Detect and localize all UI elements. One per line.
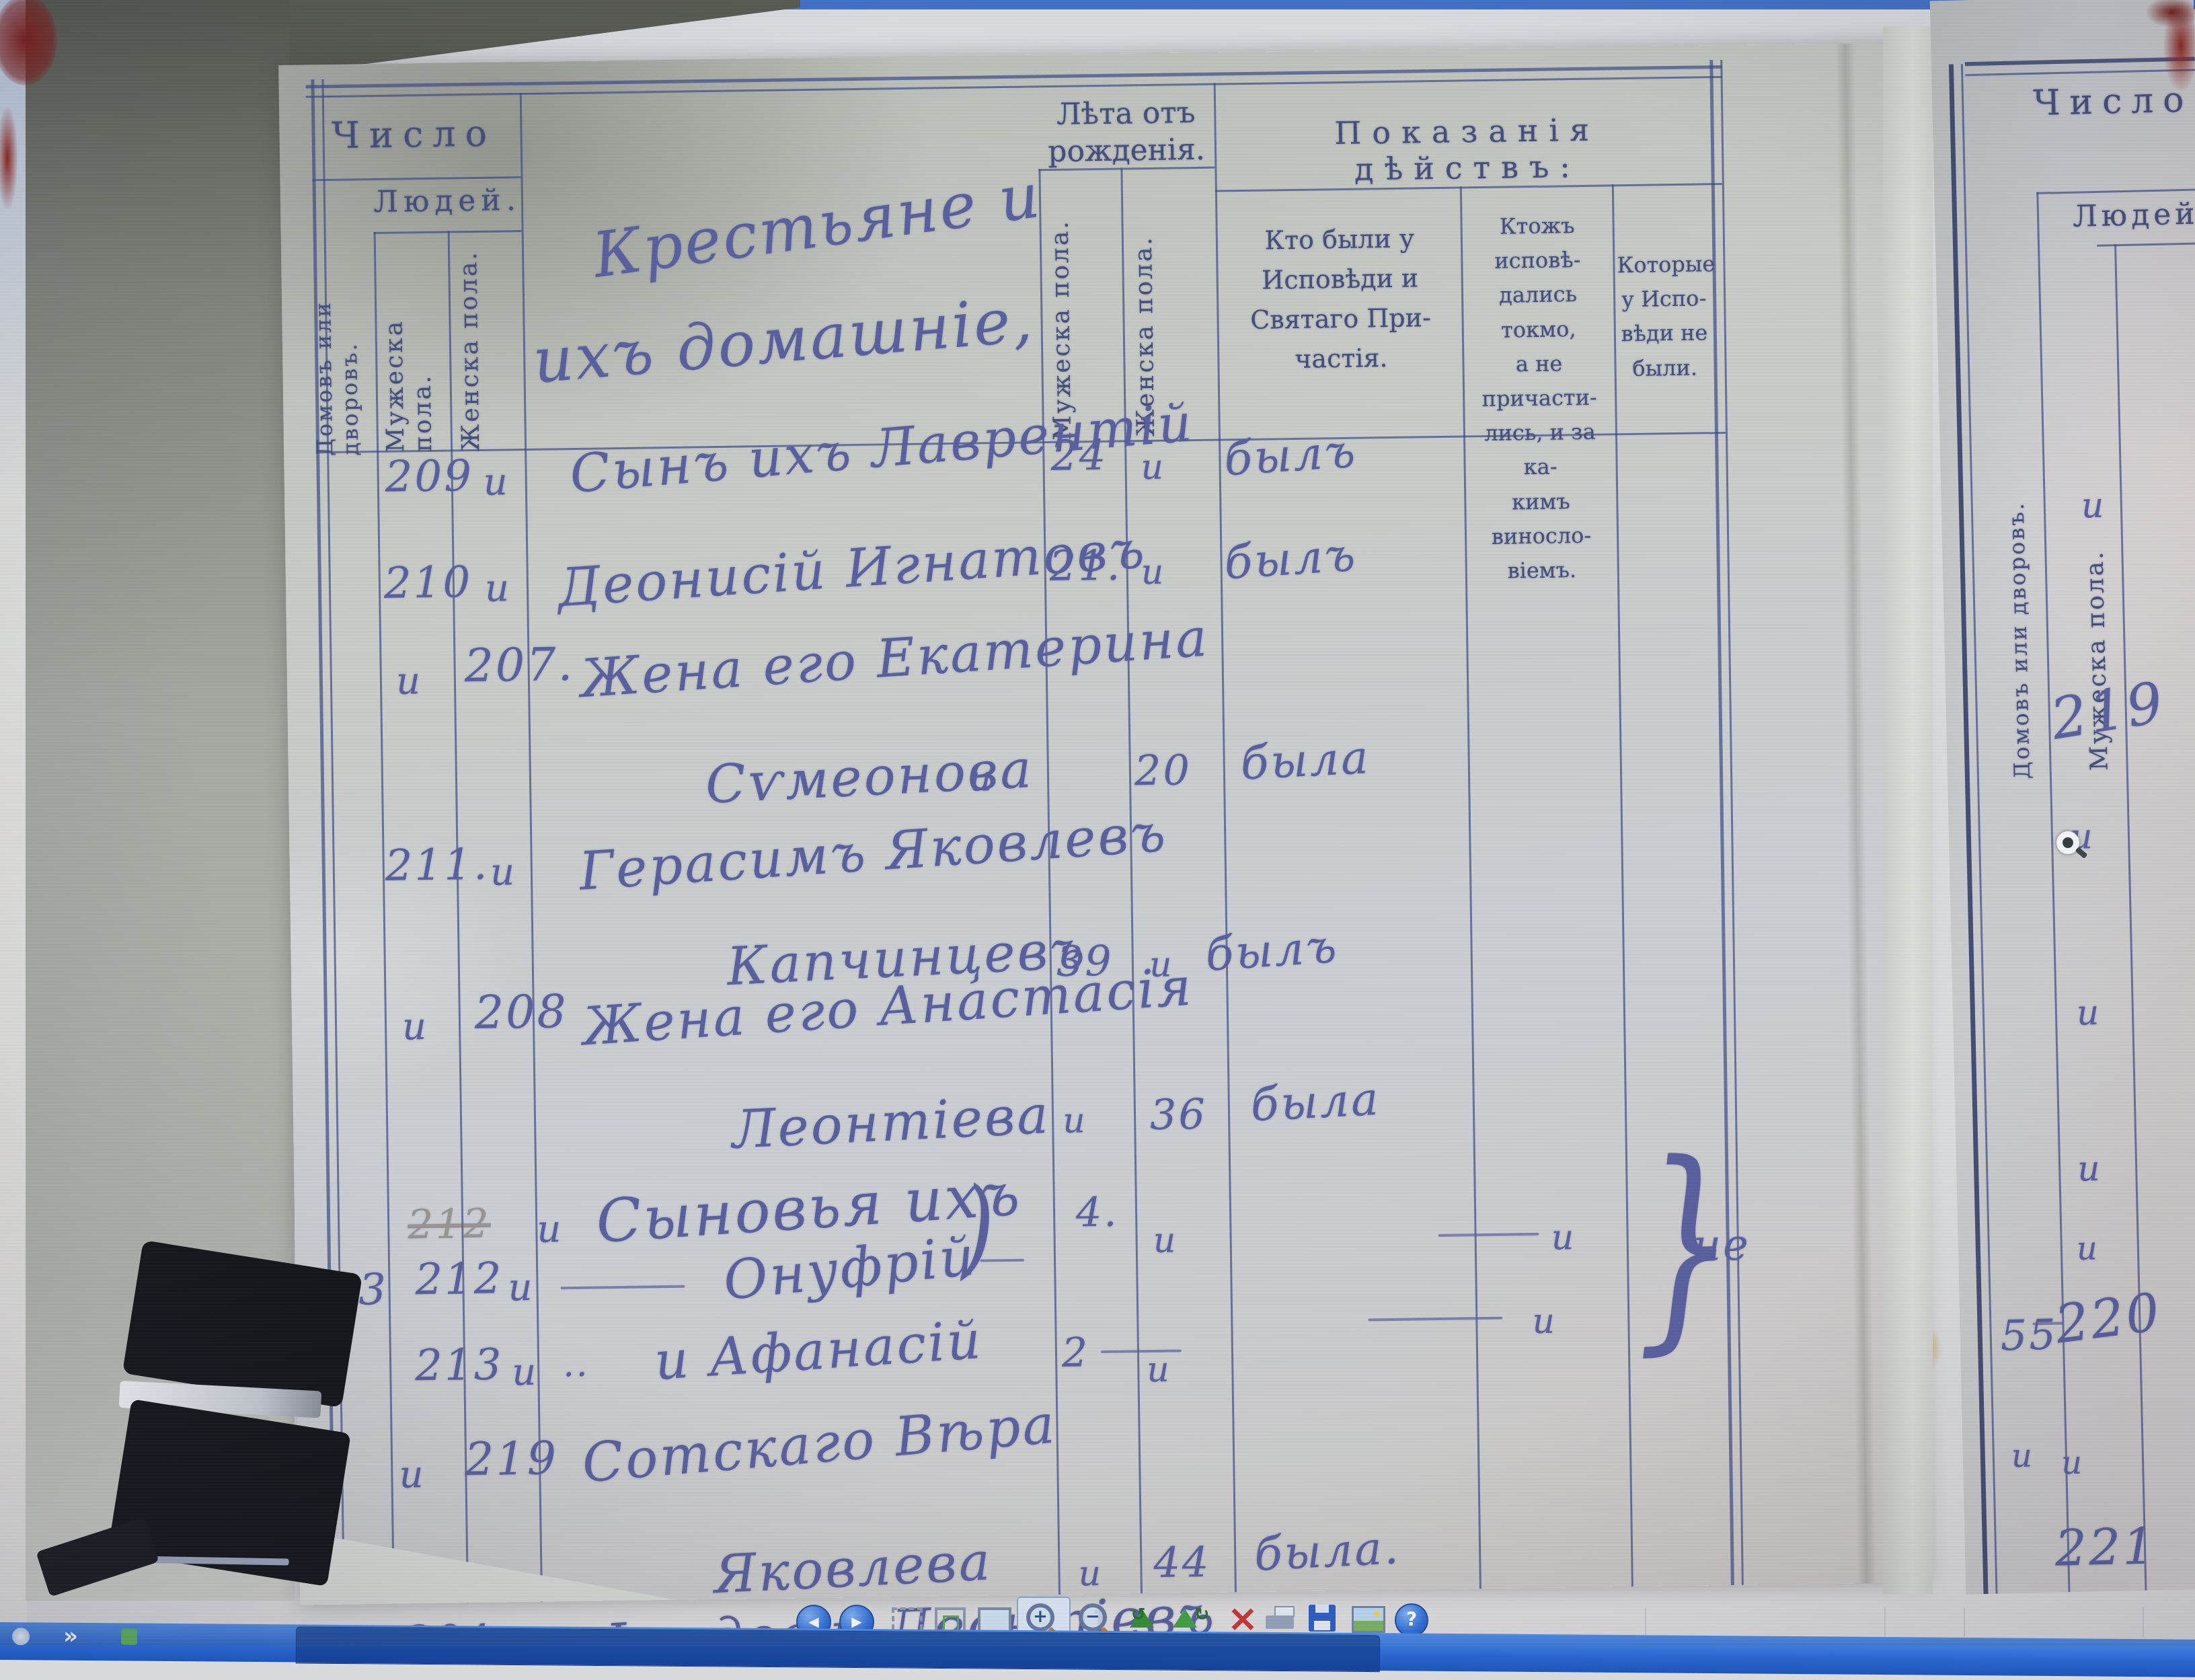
- cell-male-no: 209: [385, 451, 473, 502]
- cell-name: Герасимъ Яковлевъ: [578, 803, 1169, 903]
- photo-artifact-red: [0, 108, 17, 208]
- cell-age-f: и: [1141, 552, 1165, 593]
- header-col-absent: Которые у Испо- вѣди не были.: [1617, 247, 1711, 386]
- cell-entry: и: [2061, 1444, 2084, 1482]
- cell-name-ditto: и: [1063, 1100, 1087, 1141]
- delete-button[interactable]: ×: [1224, 1597, 1262, 1634]
- cell-entry: 220: [2052, 1282, 2165, 1355]
- cell-confession: и: [1551, 1217, 1576, 1258]
- header-col-confessed-only: Ктожъ исповѣ- дались токмо, а не причаст…: [1465, 208, 1613, 588]
- ink-dash: [561, 1285, 685, 1290]
- header-people: Людей.: [373, 183, 522, 219]
- header-people: Людей.: [2073, 196, 2195, 234]
- cell-confession: и: [1532, 1301, 1557, 1342]
- cell-entry: 221: [2054, 1517, 2157, 1577]
- cell-male-no: 213: [415, 1340, 504, 1391]
- rotate-clockwise-icon: [1173, 1609, 1197, 1628]
- cell-age-f: и: [1141, 447, 1165, 488]
- cell-entry: и: [2076, 993, 2102, 1034]
- next-image-icon: ▶: [851, 1613, 861, 1630]
- cell-confession: была: [1249, 1073, 1381, 1132]
- cell-male-no: и: [399, 1453, 426, 1497]
- cell-female-no: и: [508, 1266, 535, 1310]
- cell-age-m: 4.: [1076, 1189, 1119, 1237]
- cell-female-no: и: [490, 850, 516, 894]
- cell-age-m: 24: [1050, 430, 1108, 480]
- quick-launch-icon[interactable]: [121, 1628, 137, 1644]
- cell-confession: была: [1239, 731, 1371, 790]
- ink-bracket: ): [960, 1163, 997, 1290]
- zoom-out-icon: −: [1079, 1603, 1107, 1632]
- cell-entry: и: [2081, 486, 2106, 527]
- cell-age-f: и: [1153, 1221, 1178, 1262]
- cell-name2: Леонтіева: [730, 1085, 1051, 1161]
- header-number: Число: [306, 112, 522, 157]
- page-gap: [1883, 27, 1933, 1594]
- toolbar-separator: [1884, 1607, 1886, 1637]
- cell-confession: былъ: [1223, 425, 1358, 487]
- cell-age-f: 44: [1153, 1537, 1211, 1587]
- cell-confession: былъ: [1204, 920, 1340, 982]
- cell-female-no: 207.: [464, 638, 574, 693]
- ink-dash: [1438, 1233, 1539, 1237]
- photo-artifact-red: [2147, 0, 2195, 27]
- cell-male-no: 210: [383, 558, 472, 609]
- cell-female-no: и: [485, 566, 512, 611]
- slideshow-icon: [978, 1607, 1011, 1633]
- cell-male-no-crossed: 212: [408, 1200, 491, 1249]
- cell-age-f: 20: [1134, 745, 1192, 795]
- paper-fold-shadow: [1836, 43, 1876, 1583]
- cell-confession: былъ: [1223, 529, 1358, 590]
- header-female: Женска пола.: [455, 250, 485, 452]
- photographed-monitor-screen: Число Людей. Домовъ или дворовъ. Мужеска…: [0, 0, 2195, 1646]
- cell-entry: 55: [2000, 1310, 2058, 1361]
- quick-launch-icon[interactable]: [12, 1628, 30, 1645]
- cell-name: и Афанасій: [652, 1310, 984, 1392]
- toolbar-separator: [1645, 1607, 1646, 1637]
- cell-confession: была.: [1253, 1521, 1401, 1582]
- toolbar-separator: [2143, 1607, 2144, 1637]
- cell-entry: 219: [2046, 669, 2169, 753]
- cell-name-ditto: ..: [563, 1344, 590, 1385]
- cell-female-no: и: [483, 460, 510, 504]
- help-icon: ?: [1406, 1608, 1417, 1630]
- cell-age-f: и: [1147, 1350, 1171, 1391]
- header-male: Мужеска пола.: [379, 256, 437, 453]
- cell-age-m: 2: [1061, 1329, 1089, 1377]
- cell-female-no: 219: [465, 1432, 559, 1486]
- cell-female-no: и: [512, 1350, 539, 1395]
- cell-entry: и: [2077, 1149, 2103, 1190]
- cell-name2: Яковлева: [712, 1531, 993, 1605]
- ink-dash: [1368, 1317, 1502, 1322]
- cell-female-no: 208: [474, 985, 568, 1040]
- quick-launch-chevron[interactable]: »: [63, 1623, 78, 1646]
- cell-male-no: и: [395, 659, 422, 703]
- cell-name-ditto: и: [969, 759, 994, 800]
- cell-age-f: 36: [1150, 1090, 1208, 1139]
- toolbar-separator: [1964, 1607, 1965, 1637]
- zoom-cursor-icon: [2056, 831, 2087, 862]
- cell-male-no: 212: [415, 1254, 504, 1305]
- desktop-left-edge: [0, 0, 27, 1646]
- header-testimony: Показанія дѣйствъ:: [1219, 110, 1715, 189]
- edit-icon: [1352, 1606, 1385, 1633]
- document-left-page: Число Людей. Домовъ или дворовъ. Мужеска…: [278, 42, 1927, 1605]
- zoom-in-icon: +: [1026, 1603, 1054, 1632]
- cell-entry: и: [2076, 1229, 2100, 1268]
- header-households: Домовъ или дворовъ.: [309, 233, 364, 456]
- cell-female-no: и: [537, 1207, 564, 1252]
- previous-image-icon: ◀: [808, 1613, 818, 1630]
- cell-male-no: 211.: [385, 840, 490, 891]
- cell-name: Жена его Екатерина: [579, 607, 1211, 710]
- header-households: Домовъ или дворовъ.: [1998, 281, 2035, 779]
- header-names-line1: Крестьяне и: [588, 159, 1045, 292]
- save-icon: [1309, 1605, 1336, 1632]
- document-right-page: Число Людей. Домовъ или дворовъ. Мужеска…: [1930, 0, 2195, 1595]
- header-col-confessed: Кто были у Исповѣди и Святаго При- часті…: [1223, 219, 1459, 380]
- header-number: Число: [2033, 78, 2195, 124]
- header-names-line2: ихъ домашніе,: [531, 284, 1037, 397]
- header-age: Лѣта отъ рожденія.: [1038, 94, 1215, 171]
- cell-male-no: и: [402, 1005, 429, 1049]
- cell-absent-mark: не: [1692, 1221, 1750, 1271]
- cell-entry: и: [2011, 1437, 2034, 1475]
- cell-age-m: 21.: [1049, 541, 1122, 590]
- cell-name: Сотскаго Вѣра: [580, 1393, 1058, 1495]
